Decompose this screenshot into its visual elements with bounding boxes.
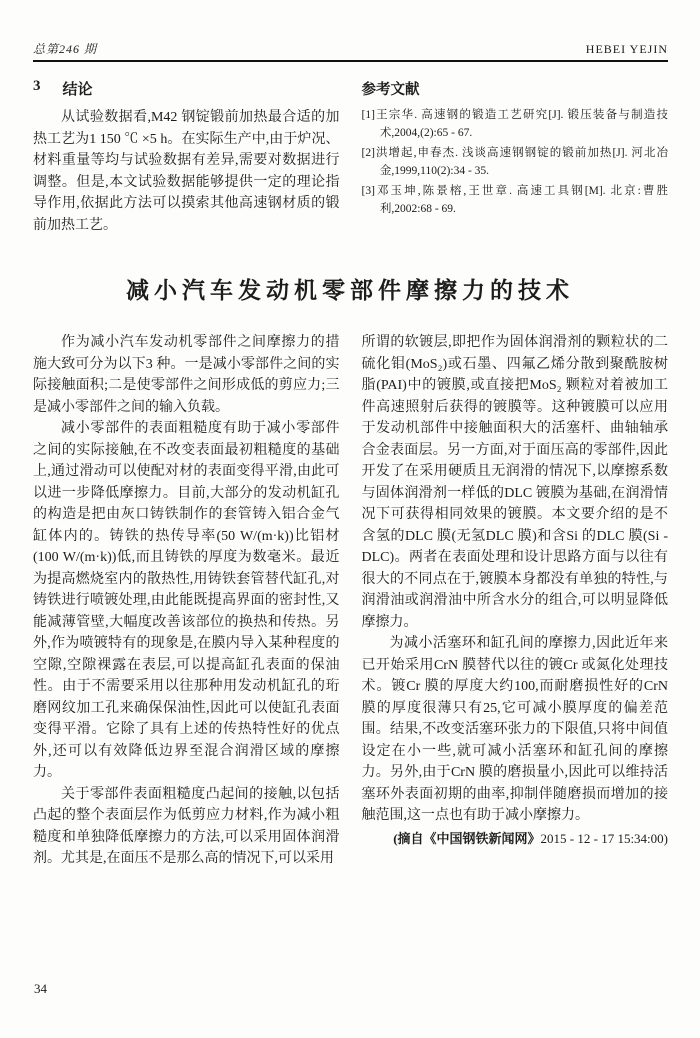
- page-number: 34: [34, 981, 47, 997]
- article-body: 作为减小汽车发动机零部件之间摩擦力的措施大致可分为以下3 种。一是减小零部件之间…: [33, 332, 668, 870]
- issue-number: 总第246 期: [33, 40, 97, 57]
- conclusion-heading: 3 结论: [33, 78, 340, 99]
- citation-source: (摘自《中国钢铁新闻网》: [393, 831, 540, 846]
- article-paragraph: 关于零部件表面粗糙度凸起间的接触,以包括凸起的整个表面层作为低剪应力材料,作为减…: [33, 784, 340, 870]
- article-paragraph: 减小零部件的表面粗糙度有助于减小零部件之间的实际接触,在不改变表面最初粗糙度的基…: [33, 418, 340, 784]
- journal-name: HEBEI YEJIN: [586, 42, 668, 57]
- conclusion-heading-text: 结论: [63, 78, 93, 99]
- citation-date: 2015 - 12 - 17 15:34:00): [541, 831, 668, 846]
- top-section: 3 结论 从试验数据看,M42 钢锭锻前加热最合适的加热工艺为1 150 ℃ ×…: [33, 76, 668, 236]
- running-header: 总第246 期 HEBEI YEJIN: [33, 40, 668, 57]
- reference-item: [2]洪增起,申春杰. 浅谈高速钢钢锭的锻前加热[J]. 河北冶金,1999,1…: [362, 144, 669, 180]
- references-column: 参考文献 [1]王宗华. 高速钢的锻造工艺研究[J]. 锻压装备与制造技术,20…: [362, 76, 669, 236]
- references-list: [1]王宗华. 高速钢的锻造工艺研究[J]. 锻压装备与制造技术,2004,(2…: [362, 106, 669, 218]
- conclusion-number: 3: [33, 78, 41, 99]
- article-paragraph: 为减小活塞环和缸孔间的摩擦力,因此近年来已开始采用CrN 膜替代以往的镀Cr 或…: [362, 633, 669, 827]
- reference-item: [1]王宗华. 高速钢的锻造工艺研究[J]. 锻压装备与制造技术,2004,(2…: [362, 106, 669, 142]
- conclusion-paragraph: 从试验数据看,M42 钢锭锻前加热最合适的加热工艺为1 150 ℃ ×5 h。在…: [33, 107, 340, 236]
- conclusion-column: 3 结论 从试验数据看,M42 钢锭锻前加热最合适的加热工艺为1 150 ℃ ×…: [33, 76, 340, 236]
- article-paragraph: 作为减小汽车发动机零部件之间摩擦力的措施大致可分为以下3 种。一是减小零部件之间…: [33, 332, 340, 418]
- references-heading: 参考文献: [362, 78, 669, 99]
- article-paragraph: 所谓的软镀层,即把作为固体润滑剂的颗粒状的二硫化钼(MoS₂)或石墨、四氟乙烯分…: [362, 332, 669, 633]
- header-rule: [33, 60, 668, 62]
- journal-page: 总第246 期 HEBEI YEJIN 3 结论 从试验数据看,M42 钢锭锻前…: [0, 0, 700, 1038]
- article-right-column: 所谓的软镀层,即把作为固体润滑剂的颗粒状的二硫化钼(MoS₂)或石墨、四氟乙烯分…: [362, 332, 669, 870]
- article-title: 减小汽车发动机零部件摩擦力的技术: [0, 272, 700, 305]
- citation-line: (摘自《中国钢铁新闻网》2015 - 12 - 17 15:34:00): [362, 828, 669, 850]
- article-left-column: 作为减小汽车发动机零部件之间摩擦力的措施大致可分为以下3 种。一是减小零部件之间…: [33, 332, 340, 870]
- reference-item: [3]邓玉坤,陈景榕,王世章. 高速工具钢[M]. 北京:曹胜利,2002:68…: [362, 182, 669, 218]
